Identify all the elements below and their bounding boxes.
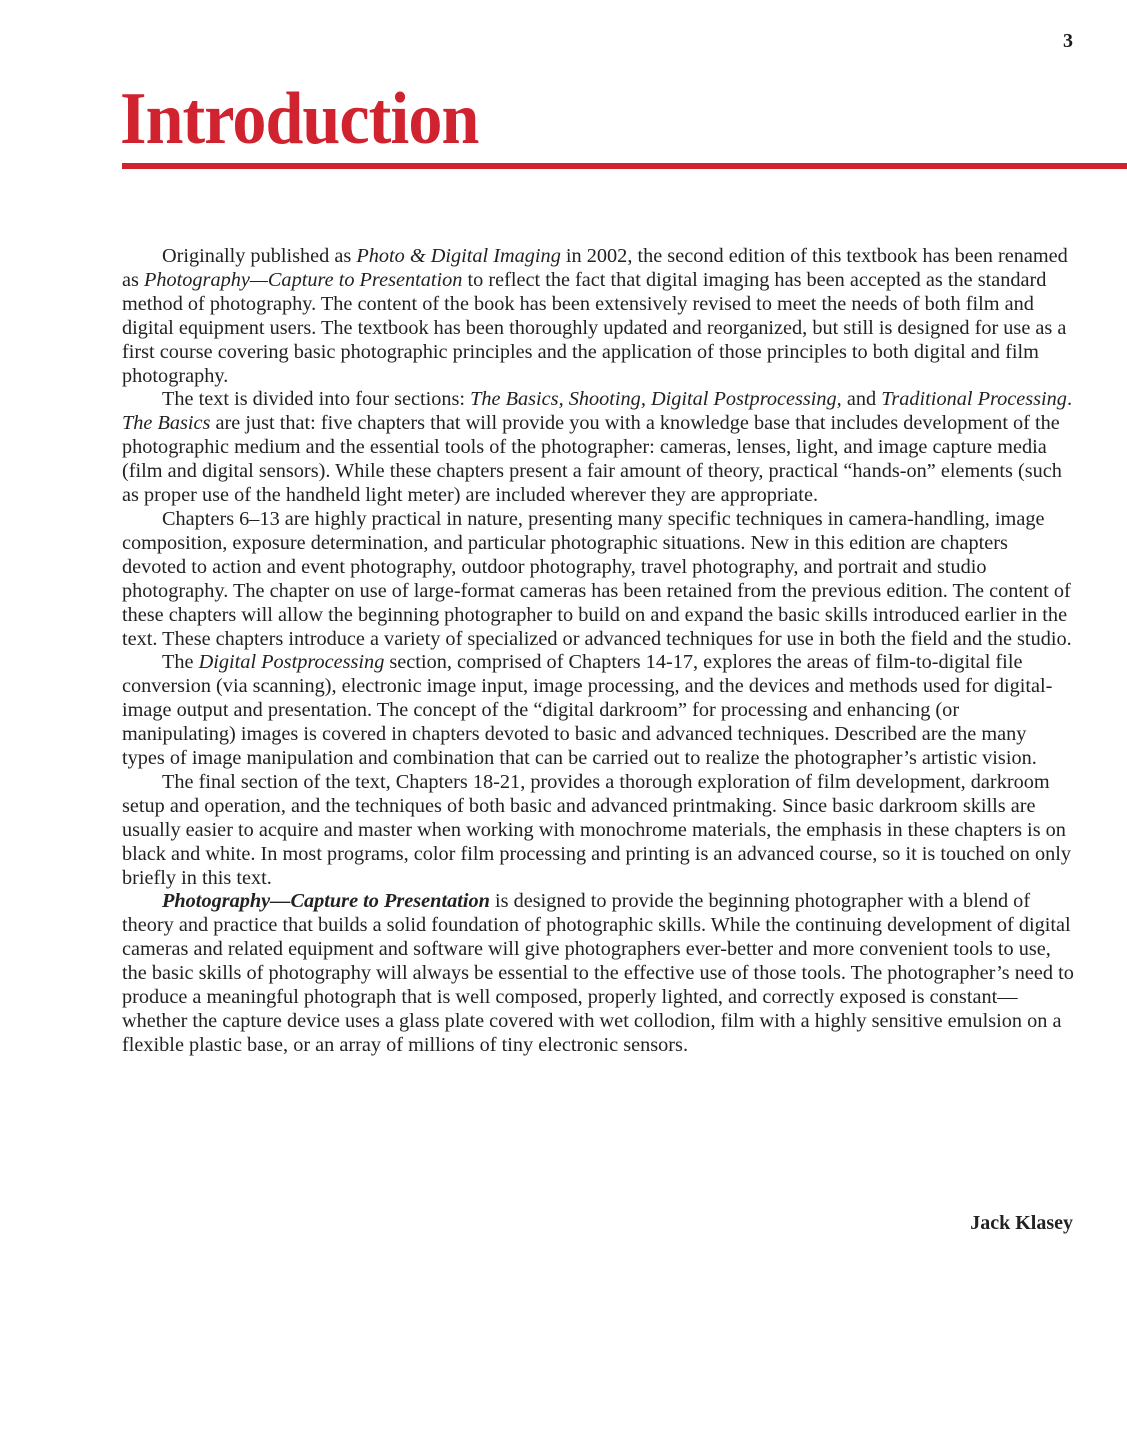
- paragraph-4: The Digital Postprocessing section, comp…: [122, 651, 1074, 771]
- page-number: 3: [1063, 30, 1073, 53]
- text-segment: and: [842, 388, 881, 410]
- paragraph-5: The final section of the text, Chapters …: [122, 771, 1074, 891]
- text-segment: The final section of the text, Chapters …: [122, 771, 1071, 889]
- text-segment: The: [162, 651, 199, 673]
- text-segment: Originally published as: [162, 245, 356, 267]
- text-segment: Photography—Capture to Presentation: [162, 890, 490, 912]
- paragraph-6: Photography—Capture to Presentation is d…: [122, 890, 1074, 1057]
- title-underline-rule: [122, 163, 1127, 169]
- text-segment: The Basics: [122, 412, 210, 434]
- text-segment: .: [1067, 388, 1072, 410]
- body-text: Originally published as Photo & Digital …: [122, 245, 1074, 1058]
- author-signature: Jack Klasey: [970, 1212, 1073, 1235]
- text-segment: Traditional Processing: [881, 388, 1067, 410]
- text-segment: The Basics, Shooting, Digital Postproces…: [470, 388, 842, 410]
- paragraph-3: Chapters 6–13 are highly practical in na…: [122, 508, 1074, 651]
- text-segment: are just that: five chapters that will p…: [122, 412, 1062, 506]
- text-segment: is designed to provide the beginning pho…: [122, 890, 1074, 1055]
- paragraph-2: The text is divided into four sections: …: [122, 388, 1074, 508]
- text-segment: The text is divided into four sections:: [162, 388, 470, 410]
- text-segment: Chapters 6–13 are highly practical in na…: [122, 508, 1072, 650]
- text-segment: Photo & Digital Imaging: [356, 245, 561, 267]
- page-title: Introduction: [120, 82, 478, 156]
- paragraph-1: Originally published as Photo & Digital …: [122, 245, 1074, 388]
- text-segment: Photography—Capture to Presentation: [144, 269, 462, 291]
- text-segment: Digital Postprocessing: [199, 651, 385, 673]
